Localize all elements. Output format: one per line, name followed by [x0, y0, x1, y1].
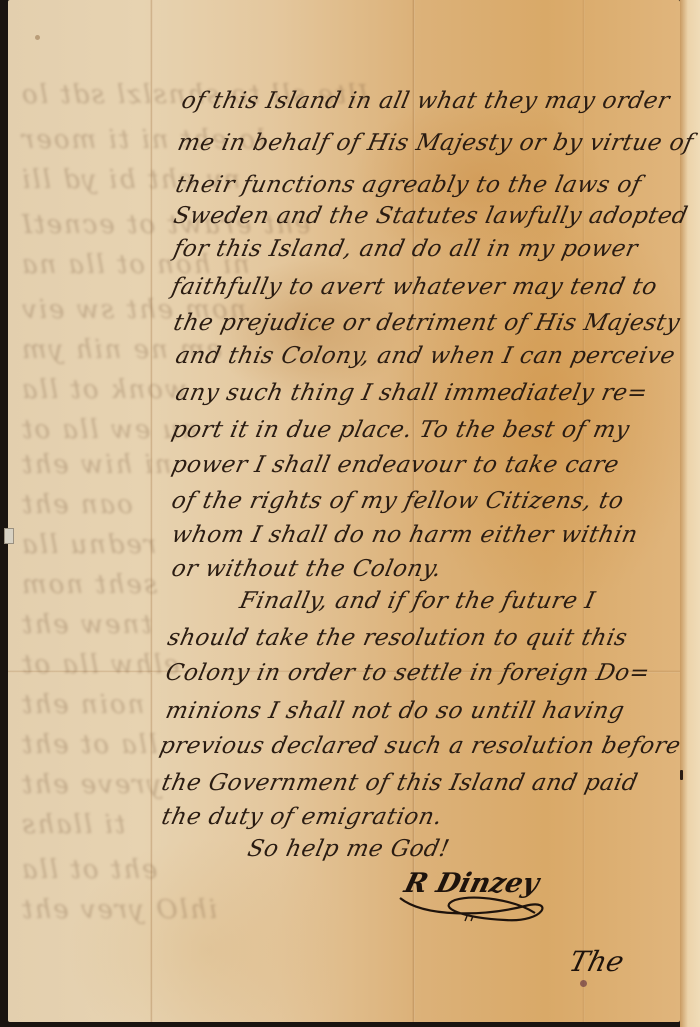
manuscript-text: of this Island in all what they may orde…: [0, 0, 700, 1027]
text-line: minions I shall not do so untill having: [163, 698, 627, 724]
text-line: Sweden and the Statutes lawfully adopted: [171, 203, 690, 229]
text-line: the prejudice or detriment of His Majest…: [171, 310, 682, 336]
text-line: port it in due place. To the best of my: [169, 417, 632, 443]
text-line: faithfully to avert whatever may tend to: [169, 274, 659, 300]
text-line: any such thing I shall immediately re=: [173, 380, 650, 406]
text-line: whom I shall do no harm either within: [169, 522, 640, 548]
signature-flourish-icon: [395, 888, 555, 928]
text-line: of the rights of my fellow Citizens, to: [169, 488, 626, 514]
text-line: of this Island in all what they may orde…: [179, 88, 672, 114]
text-line: and this Colony, and when I can perceive: [173, 343, 677, 369]
text-line: or without the Colony.: [169, 556, 444, 582]
text-line: Finally, and if for the future I: [237, 588, 597, 614]
text-line: their functions agreably to the laws of: [173, 172, 643, 198]
text-line: the duty of emigration.: [159, 804, 445, 830]
catchword: The: [566, 945, 628, 978]
closing-line: So help me God!: [245, 836, 452, 862]
text-line: power I shall endeavour to take care: [169, 452, 621, 478]
text-line: the Government of this Island and paid: [159, 770, 640, 796]
text-line: for this Island, and do all in my power: [171, 236, 640, 262]
text-line: me in behalf of His Majesty or by virtue…: [175, 130, 696, 156]
text-line: should take the resolution to quit this: [165, 625, 630, 651]
text-line: Colony in order to settle in foreign Do=: [163, 660, 652, 686]
text-line: previous declared such a resolution befo…: [157, 733, 683, 759]
